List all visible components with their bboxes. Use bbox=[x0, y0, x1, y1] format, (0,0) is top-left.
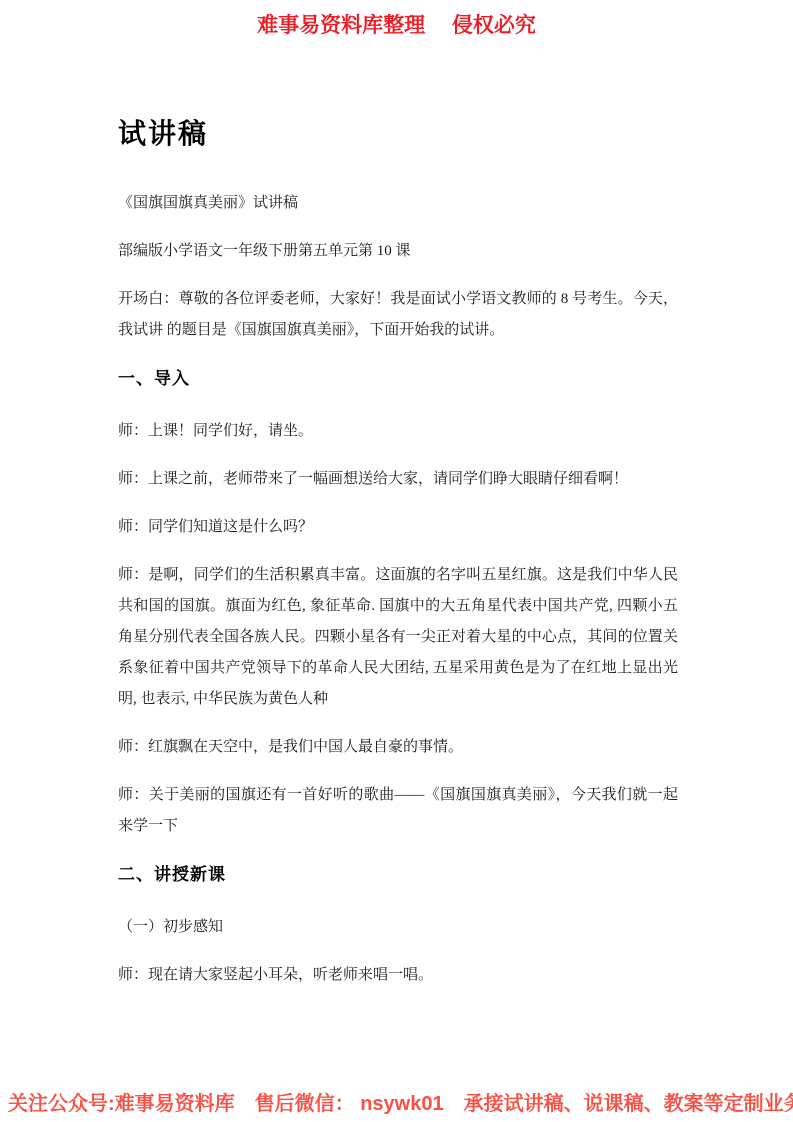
opening-paragraph: 开场白：尊敬的各位评委老师，大家好！我是面试小学语文教师的 8 号考生。今天，我… bbox=[118, 284, 678, 346]
dialogue-line-1: 师：上课！同学们好，请坐。 bbox=[118, 416, 678, 447]
dialogue-line-4: 师：是啊，同学们的生活积累真丰富。这面旗的名字叫五星红旗。这是我们中华人民共和国… bbox=[118, 560, 678, 715]
subsection-heading: （一）初步感知 bbox=[118, 912, 678, 943]
dialogue-line-6: 师：关于美丽的国旗还有一首好听的歌曲——《国旗国旗真美丽》，今天我们就一起来学一… bbox=[118, 780, 678, 842]
section-1-heading: 一、导入 bbox=[118, 363, 678, 394]
dialogue-line-3: 师：同学们知道这是什么吗？ bbox=[118, 512, 678, 543]
document-content: 试讲稿 《国旗国旗真美丽》试讲稿 部编版小学语文一年级下册第五单元第 10 课 … bbox=[118, 117, 678, 1008]
watermark-header: 难事易资料库整理 侵权必究 bbox=[0, 9, 793, 39]
document-subtitle: 《国旗国旗真美丽》试讲稿 bbox=[118, 188, 678, 219]
watermark-footer: 关注公众号:难事易资料库 售后微信： nsywk01 承接试讲稿、说课稿、教案等… bbox=[0, 1090, 793, 1122]
document-title: 试讲稿 bbox=[118, 117, 678, 153]
dialogue-line-5: 师：红旗飘在天空中，是我们中国人最自豪的事情。 bbox=[118, 732, 678, 763]
dialogue-line-2: 师：上课之前，老师带来了一幅画想送给大家，请同学们睁大眼睛仔细看啊！ bbox=[118, 464, 678, 495]
edition-line: 部编版小学语文一年级下册第五单元第 10 课 bbox=[118, 236, 678, 267]
dialogue-line-7: 师：现在请大家竖起小耳朵，听老师来唱一唱。 bbox=[118, 960, 678, 991]
section-2-heading: 二、讲授新课 bbox=[118, 859, 678, 890]
